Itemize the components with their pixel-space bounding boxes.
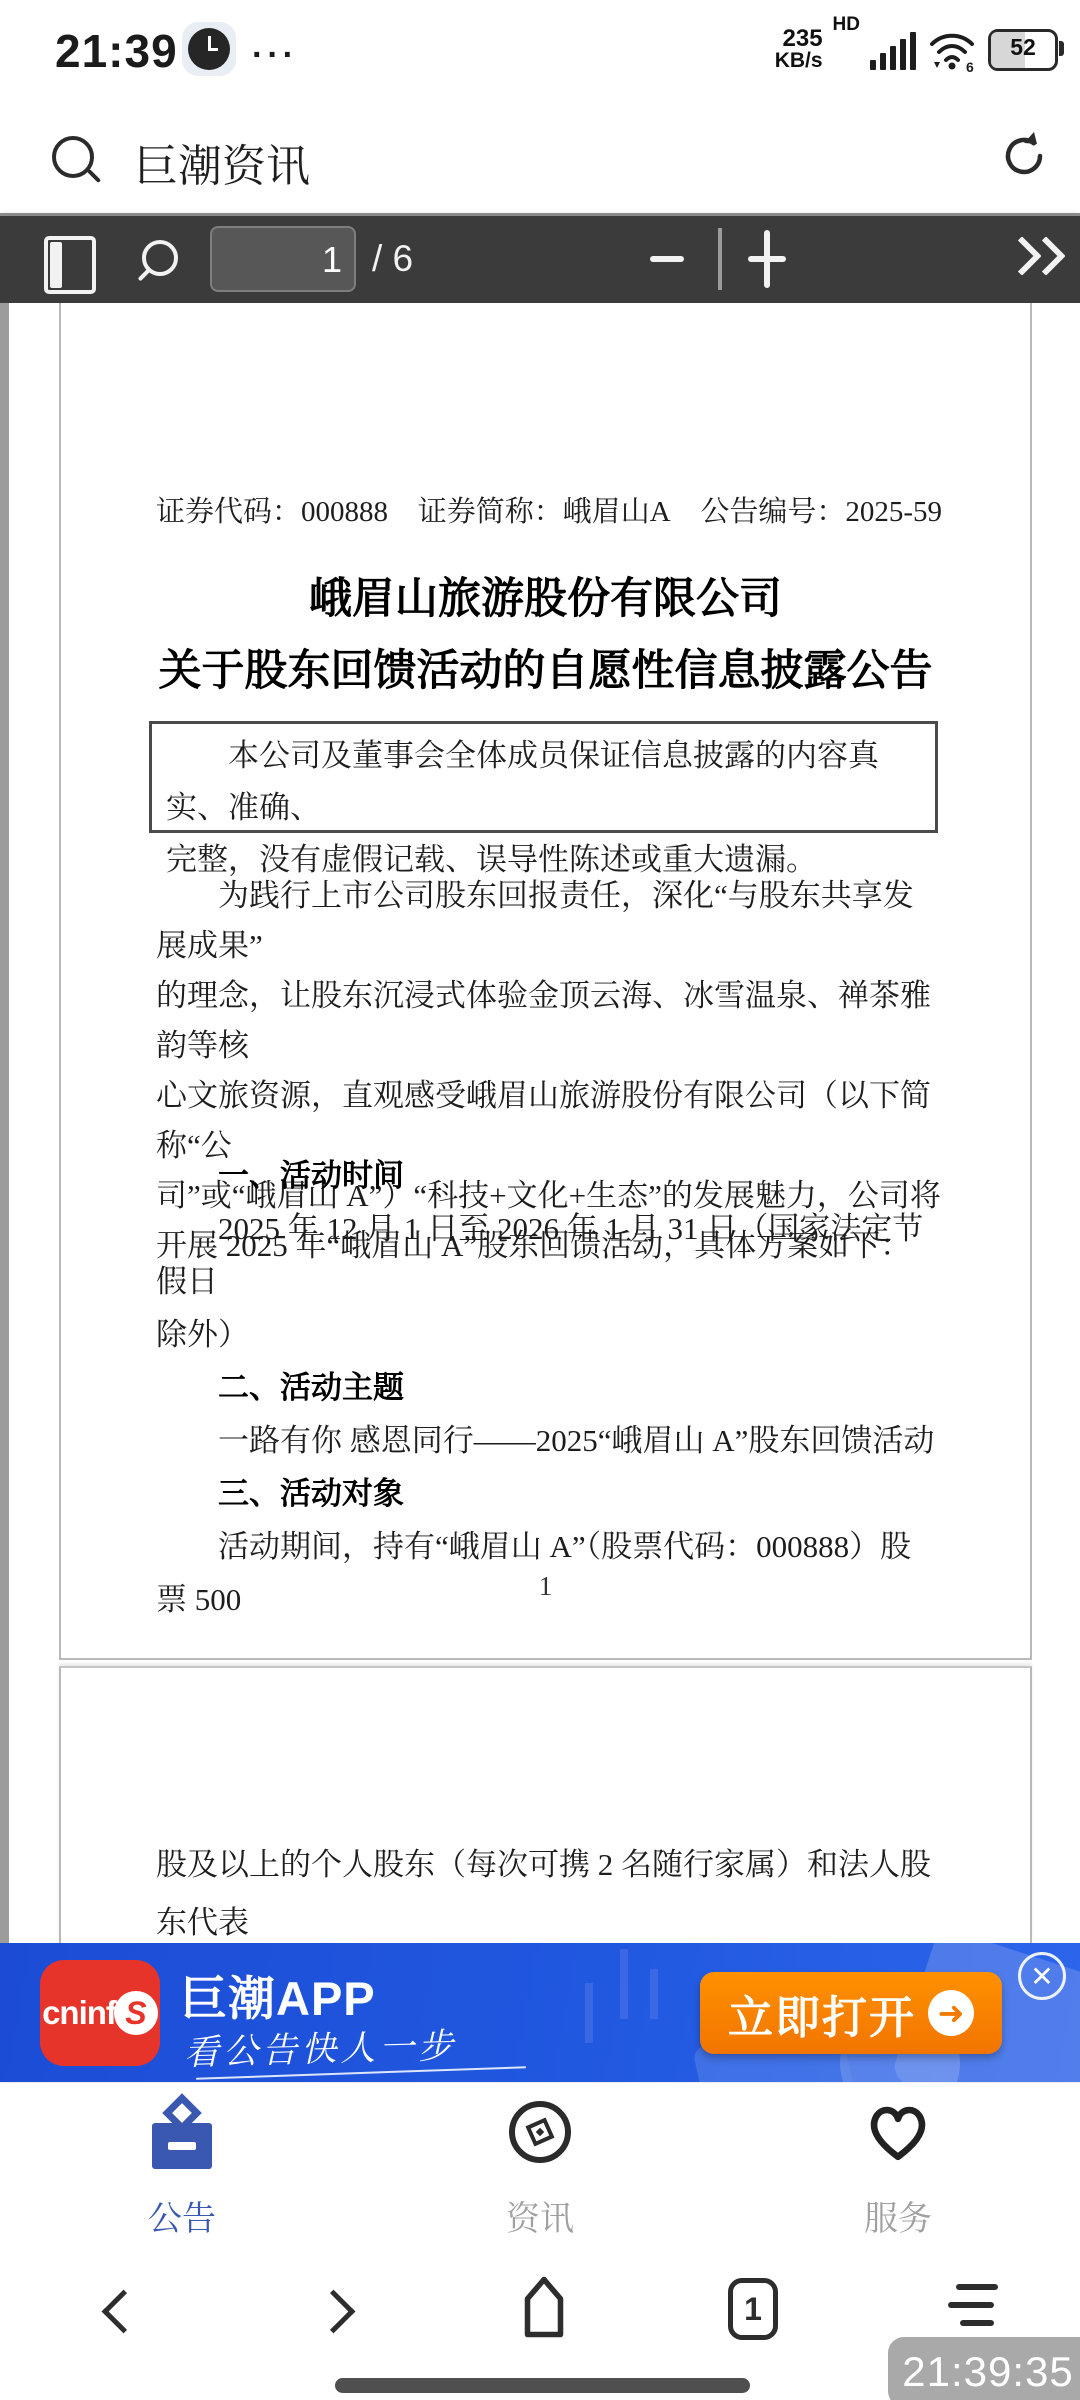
recording-timestamp: 21:39:35 (888, 2337, 1080, 2400)
cninfo-s-swirl-icon: S (114, 1991, 158, 2035)
hd-badge: HD (833, 14, 860, 36)
notification-dots-icon: ··· (252, 36, 298, 75)
compass-icon (509, 2101, 571, 2163)
arrow-right-icon: ➜ (928, 1990, 974, 2036)
zoom-in-button[interactable] (748, 230, 786, 288)
section-heading: 一、活动时间 (156, 1149, 942, 1202)
browser-toolbar: 巨潮资讯 (0, 100, 1080, 213)
pdf-search-icon[interactable] (142, 240, 178, 276)
viewer-left-edge (0, 303, 9, 1943)
page-title[interactable]: 巨潮资讯 (134, 130, 310, 194)
nav-item-services[interactable]: 服务 (788, 2083, 1008, 2239)
pdf-toolbar: 1 / 6 (0, 213, 1080, 306)
heart-icon (863, 2097, 933, 2167)
pdf-page-2: 股及以上的个人股东（每次可携 2 名随行家属）和法人股东代表 （每家法人股东可指… (59, 1666, 1032, 1943)
phone-screen: 21:39 ··· 235 KB/s HD 6 (0, 0, 1080, 2400)
pdf-page-1: 证券代码：000888 证券简称：峨眉山A 公告编号：2025-59 峨眉山旅游… (59, 303, 1032, 1660)
network-speed: 235 KB/s (775, 28, 823, 72)
security-abbr: 证券简称：峨眉山A (418, 489, 671, 530)
zoom-out-button[interactable] (650, 256, 684, 262)
toolbar-divider (718, 228, 722, 290)
refresh-icon[interactable] (996, 128, 1052, 184)
home-icon[interactable] (516, 2274, 572, 2345)
battery-icon: 52 (988, 29, 1058, 71)
status-bar: 21:39 ··· 235 KB/s HD 6 (0, 0, 1080, 100)
pdf-viewer[interactable]: 证券代码：000888 证券简称：峨眉山A 公告编号：2025-59 峨眉山旅游… (0, 303, 1080, 1943)
nav-label: 公告 (72, 2191, 292, 2240)
alarm-clock-icon (182, 22, 236, 76)
menu-icon[interactable] (948, 2280, 1000, 2336)
close-banner-icon[interactable]: ✕ (1018, 1952, 1066, 2000)
home-indicator-bar[interactable] (335, 2378, 750, 2393)
page-number-input[interactable]: 1 (210, 226, 356, 292)
announcement-header-row: 证券代码：000888 证券简称：峨眉山A 公告编号：2025-59 (156, 489, 942, 530)
announcement-number: 公告编号：2025-59 (700, 489, 942, 530)
page-count-label: / 6 (372, 238, 413, 280)
banner-candlestick-decor (620, 1949, 628, 2019)
back-icon[interactable] (102, 2290, 146, 2334)
battery-percent: 52 (991, 34, 1055, 61)
sidebar-toggle-icon[interactable] (44, 236, 96, 294)
disclaimer-box: 本公司及董事会全体成员保证信息披露的内容真实、准确、 完整，没有虚假记载、误导性… (149, 721, 938, 833)
open-app-button[interactable]: 立即打开 ➜ (700, 1972, 1002, 2054)
ad-app-name: 巨潮APP (180, 1962, 376, 2029)
security-code: 证券代码：000888 (156, 489, 388, 530)
more-tools-chevron-icon[interactable] (1026, 236, 1066, 276)
cninfo-app-logo: cninf S (40, 1960, 160, 2066)
announcement-icon (150, 2099, 214, 2177)
status-time: 21:39 (55, 24, 178, 78)
tabs-icon[interactable]: 1 (728, 2278, 778, 2340)
section-heading: 二、活动主题 (156, 1361, 942, 1414)
svg-text:6: 6 (966, 59, 974, 72)
nav-label: 资讯 (430, 2191, 650, 2240)
announcement-title-line1: 峨眉山旅游股份有限公司 (61, 565, 1030, 626)
banner-candlestick-decor (650, 1969, 658, 2019)
section-list: 一、活动时间 2025 年 12 月 1 日至 2026 年 1 月 31 日（… (156, 1149, 942, 1626)
nav-item-announcements[interactable]: 公告 (72, 2083, 292, 2239)
search-icon[interactable] (52, 136, 94, 178)
banner-candlestick-decor (585, 1983, 593, 2043)
ad-slogan: 看公告快人一步 (183, 2018, 457, 2075)
announcement-title-line2: 关于股东回馈活动的自愿性信息披露公告 (61, 637, 1030, 698)
signal-strength-icon (870, 30, 916, 70)
forward-icon[interactable] (312, 2290, 356, 2334)
section-heading: 三、活动对象 (156, 1467, 942, 1520)
nav-item-news[interactable]: 资讯 (430, 2083, 650, 2239)
page-footer-number: 1 (61, 1571, 1030, 1602)
nav-label: 服务 (788, 2191, 1008, 2240)
wifi-icon: 6 (926, 28, 978, 72)
bottom-navigation: 公告 资讯 服务 (0, 2082, 1080, 2239)
